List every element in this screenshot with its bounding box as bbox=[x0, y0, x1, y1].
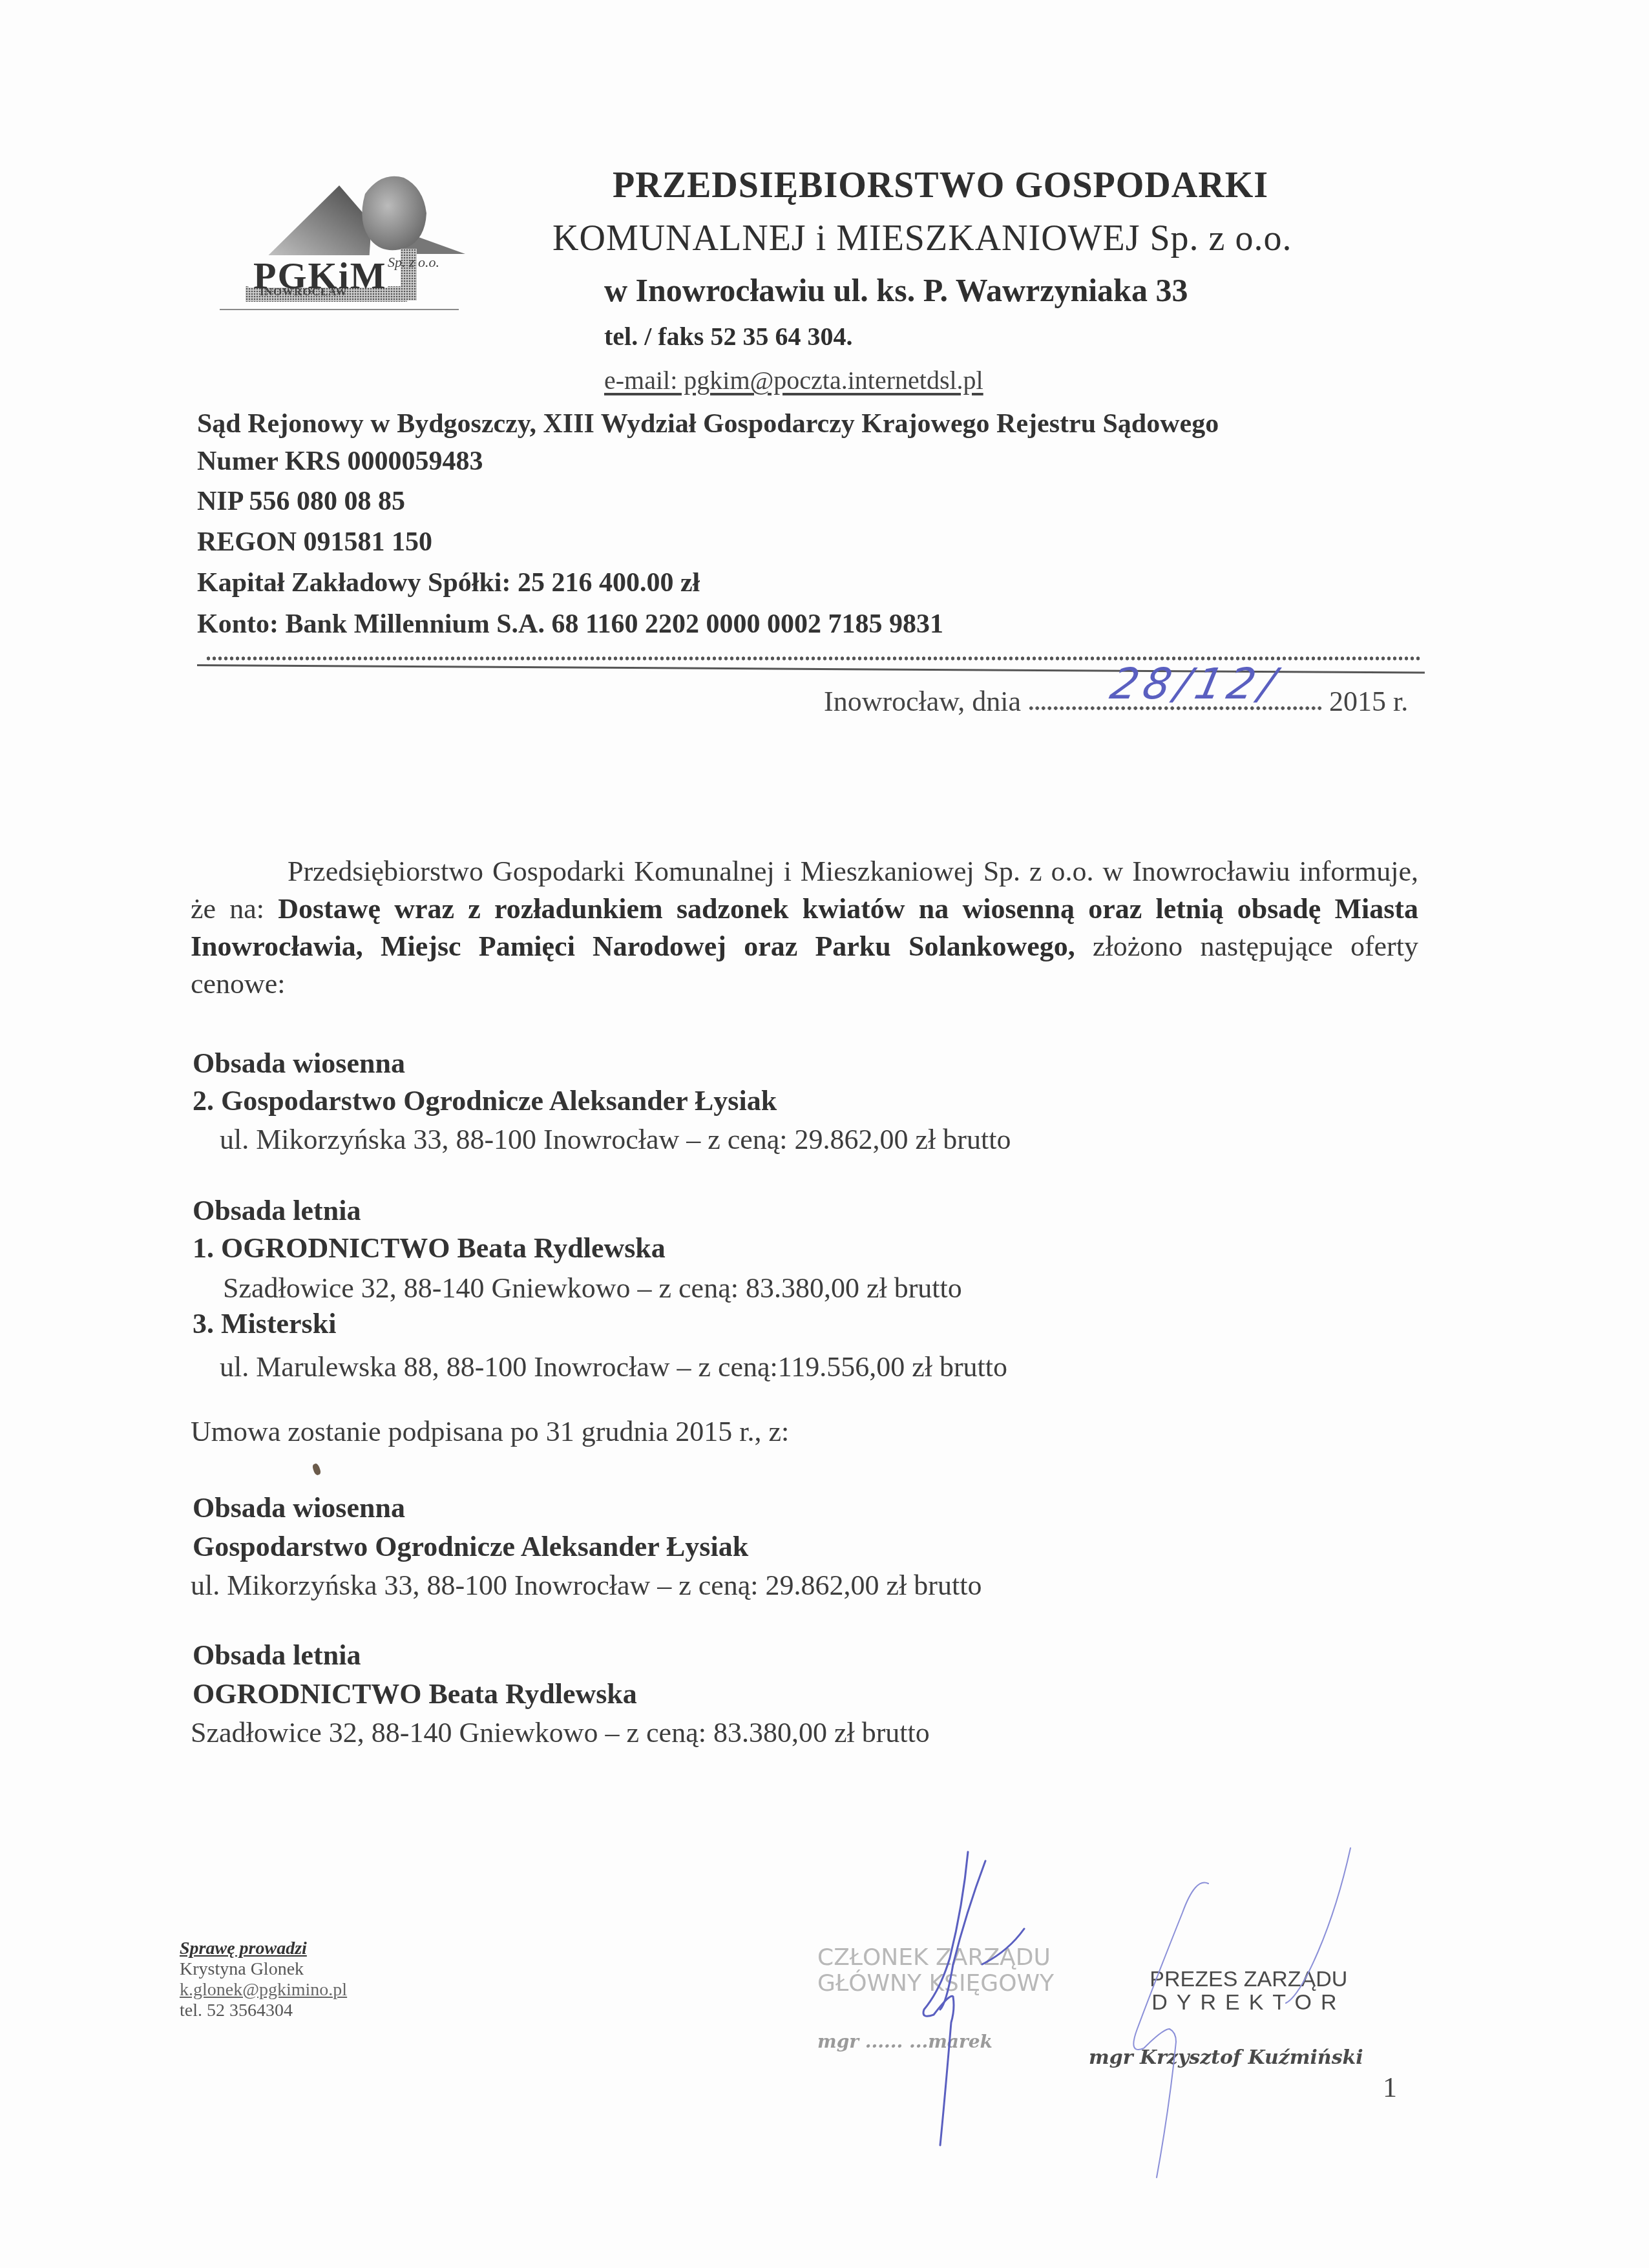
date-suffix: 2015 r. bbox=[1329, 686, 1408, 717]
announcement-paragraph: Przedsiębiorstwo Gospodarki Komunalnej i… bbox=[191, 853, 1418, 1003]
contract-spring-name: Gospodarstwo Ogrodnicze Aleksander Łysia… bbox=[193, 1530, 748, 1563]
case-handler-name: Krystyna Glonek bbox=[180, 1959, 347, 1980]
case-handler-title: Sprawę prowadzi bbox=[180, 1938, 347, 1959]
stamp-right-line1: PREZES ZARZĄDU bbox=[1134, 1968, 1363, 1991]
logo-suffix: Sp. z o.o. bbox=[388, 254, 439, 271]
registry-bank-account: Konto: Bank Millennium S.A. 68 1160 2202… bbox=[197, 609, 943, 640]
offer-spring-1-name: 2. Gospodarstwo Ogrodnicze Aleksander Ły… bbox=[193, 1084, 777, 1117]
stamp-left-name: mgr ...... ...marek bbox=[817, 2029, 1054, 2055]
registry-nip: NIP 556 080 08 85 bbox=[197, 486, 405, 517]
company-address: w Inowrocławiu ul. ks. P. Wawrzyniaka 33 bbox=[604, 271, 1188, 309]
case-handler-block: Sprawę prowadzi Krystyna Glonek k.glonek… bbox=[180, 1938, 347, 2021]
company-name-line1: PRZEDSIĘBIORSTWO GOSPODARKI bbox=[613, 165, 1268, 206]
registry-court: Sąd Rejonowy w Bydgoszczy, XIII Wydział … bbox=[197, 408, 1219, 439]
stamp-right-name: mgr Krzysztof Kuźmiński bbox=[1089, 2046, 1363, 2070]
registry-krs: Numer KRS 0000059483 bbox=[197, 446, 483, 477]
stamp-left-line1: CZŁONEK ZARZĄDU bbox=[817, 1945, 1054, 1971]
date-prefix: Inowrocław, dnia bbox=[824, 686, 1021, 717]
offer-spring-1-address: ul. Mikorzyńska 33, 88-100 Inowrocław – … bbox=[220, 1123, 1011, 1156]
offers-spring-heading: Obsada wiosenna bbox=[193, 1047, 405, 1080]
contract-spring-address: ul. Mikorzyńska 33, 88-100 Inowrocław – … bbox=[191, 1569, 982, 1602]
contract-summer-name: OGRODNICTWO Beata Rydlewska bbox=[193, 1677, 637, 1710]
offers-summer-heading: Obsada letnia bbox=[193, 1194, 361, 1227]
offer-summer-1-address: Szadłowice 32, 88-140 Gniewkowo – z ceną… bbox=[223, 1272, 962, 1305]
company-email-link[interactable]: e-mail: pgkim@poczta.internetdsl.pl bbox=[604, 365, 983, 395]
registry-capital: Kapitał Zakładowy Spółki: 25 216 400.00 … bbox=[197, 567, 700, 598]
offer-summer-1-name: 1. OGRODNICTWO Beata Rydlewska bbox=[193, 1232, 666, 1265]
logo-subtext: INOWROCŁAW bbox=[260, 286, 348, 299]
stamp-right-line2: DYREKTOR bbox=[1134, 1991, 1363, 2014]
handwritten-date: 28/12/ bbox=[1106, 659, 1285, 709]
registry-regon: REGON 091581 150 bbox=[197, 527, 432, 558]
contract-intro: Umowa zostanie podpisana po 31 grudnia 2… bbox=[191, 1415, 789, 1448]
stamp-president: PREZES ZARZĄDU DYREKTOR mgr Krzysztof Ku… bbox=[1134, 1968, 1363, 2070]
stamp-left-line2: GŁÓWNY KSIĘGOWY bbox=[817, 1971, 1054, 1997]
page-number: 1 bbox=[1383, 2071, 1397, 2104]
contract-spring-heading: Obsada wiosenna bbox=[193, 1491, 405, 1524]
case-handler-phone: tel. 52 3564304 bbox=[180, 2000, 347, 2021]
offer-summer-2-name: 3. Misterski bbox=[193, 1307, 336, 1340]
contract-summer-address: Szadłowice 32, 88-140 Gniewkowo – z ceną… bbox=[191, 1716, 930, 1749]
stamp-board-member: CZŁONEK ZARZĄDU GŁÓWNY KSIĘGOWY mgr ....… bbox=[817, 1945, 1054, 2055]
ink-speck bbox=[311, 1463, 322, 1476]
company-name-line2: KOMUNALNEJ i MIESZKANIOWEJ Sp. z o.o. bbox=[552, 218, 1292, 259]
company-phone: tel. / faks 52 35 64 304. bbox=[604, 321, 852, 352]
case-handler-email-link[interactable]: k.glonek@pgkimino.pl bbox=[180, 1980, 347, 2000]
logo-divider bbox=[220, 309, 459, 310]
contract-summer-heading: Obsada letnia bbox=[193, 1639, 361, 1672]
offer-summer-2-address: ul. Marulewska 88, 88-100 Inowrocław – z… bbox=[220, 1350, 1007, 1383]
